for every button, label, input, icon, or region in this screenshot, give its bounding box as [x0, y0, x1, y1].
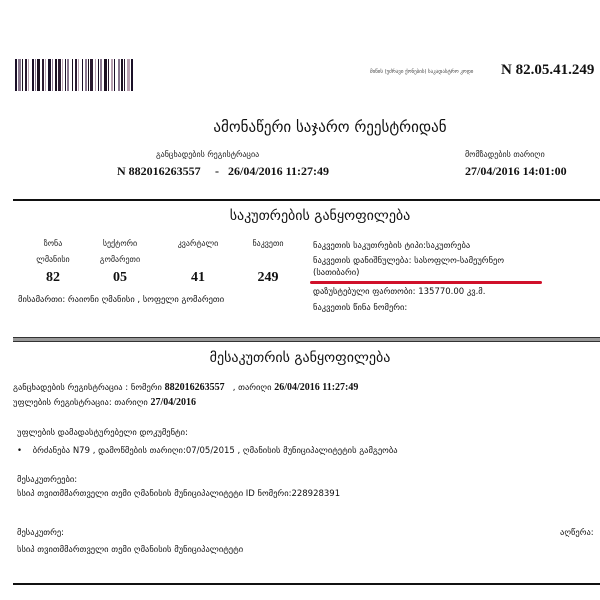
section-divider: [13, 583, 600, 585]
rights-registration-row: უფლების რეგისტრაცია: თარიღი 27/04/2016: [13, 397, 196, 408]
property-section-title: საკუთრების განყოფილება: [0, 208, 600, 224]
document-list-item: • ბრძანება N79 , დამოწმების თარიღი:07/05…: [17, 446, 398, 456]
address-value: რაიონი ღმანისი , სოფელი გომარეთი: [68, 295, 224, 305]
owner-registration-date-label: , თარიღი: [233, 383, 272, 393]
section-divider: [13, 199, 600, 201]
registration-label: განცხადების რეგისტრაცია: [156, 150, 259, 159]
preparation-date-label: მომზადების თარიღი: [465, 150, 545, 159]
area-value: 135770.00 კვ.მ.: [418, 287, 485, 297]
section-divider: [13, 337, 600, 342]
owner-registration-datetime: 26/04/2016 11:27:49: [274, 382, 358, 393]
owner-section-title: მესაკუთრის განყოფილება: [0, 350, 600, 366]
previous-number-row: ნაკვეთის წინა ნომერი:: [313, 303, 407, 313]
registration-number: N 882016263557: [117, 164, 201, 179]
address-row: მისამართი: რაიონი ღმანისი , სოფელი გომარ…: [18, 295, 224, 305]
parcel-label: ნაკვეთი: [243, 239, 293, 248]
registration-datetime: 26/04/2016 11:27:49: [228, 164, 329, 179]
ownership-type-row: ნაკვეთის საკუთრების ტიპი:საკუთრება: [313, 241, 470, 251]
cadastral-code: N 82.05.41.249: [501, 62, 594, 79]
zone-value: 82: [28, 270, 78, 286]
document-text: ბრძანება N79 , დამოწმების თარიღი:07/05/2…: [33, 446, 398, 456]
preparation-datetime: 27/04/2016 14:01:00: [465, 164, 567, 179]
bullet-icon: •: [17, 446, 22, 456]
purpose-row: ნაკვეთის დანიშნულება: სასოფლო-სამეურნეო: [313, 256, 504, 266]
previous-number-label: ნაკვეთის წინა ნომერი:: [313, 303, 407, 313]
owner-registration-number: 882016263557: [165, 382, 225, 393]
owner-value: სსიპ თვითმმართველი თემი ღმანისის მუნიციპ…: [17, 545, 243, 555]
owner-heading: მესაკუთრე:: [17, 528, 64, 538]
barcode-icon: [15, 59, 243, 91]
quarter-label: კვარტალი: [168, 239, 228, 248]
red-highlight-underline: [310, 281, 542, 284]
owners-value: სსიპ თვითმმართველი თემი ღმანისის მუნიციპ…: [17, 489, 340, 499]
ownership-type-value: საკუთრება: [426, 241, 470, 251]
description-label: აღწერა:: [560, 528, 594, 538]
sector-label: სექტორი: [92, 239, 148, 248]
owners-heading: მესაკუთრეები:: [17, 475, 77, 485]
registration-separator: -: [215, 164, 219, 179]
purpose-value-continued: (სათიბარი): [313, 268, 359, 278]
zone-name: ლმანისი: [28, 255, 78, 264]
ownership-type-label: ნაკვეთის საკუთრების ტიპი:: [313, 241, 426, 251]
rights-registration-label: უფლების რეგისტრაცია:: [13, 398, 112, 408]
purpose-value: სასოფლო-სამეურნეო: [414, 256, 504, 266]
area-row: დაზუსტებული ფართობი: 135770.00 კვ.მ.: [313, 287, 485, 297]
rights-registration-date: 27/04/2016: [150, 397, 196, 408]
address-label: მისამართი:: [18, 295, 65, 305]
sector-value: 05: [92, 270, 148, 286]
owner-registration-row: განცხადების რეგისტრაცია : ნომერი 8820162…: [13, 382, 358, 393]
cadastral-code-label: მიწის (უძრავი ქონების) საკადასტრო კოდი: [370, 69, 473, 75]
zone-label: ზონა: [28, 239, 78, 248]
document-title: ამონაწერი საჯარო რეესტრიდან: [0, 118, 600, 136]
parcel-value: 249: [243, 270, 293, 286]
owner-registration-label: განცხადების რეგისტრაცია :: [13, 383, 128, 393]
owner-registration-number-label: ნომერი: [131, 383, 162, 393]
area-label: დაზუსტებული ფართობი:: [313, 287, 416, 297]
sector-name: გომარეთი: [92, 255, 148, 264]
purpose-label: ნაკვეთის დანიშნულება:: [313, 256, 411, 266]
rights-document-heading: უფლების დამადასტურებელი დოკუმენტი:: [17, 428, 188, 438]
quarter-value: 41: [168, 270, 228, 286]
rights-registration-date-label: თარიღი: [114, 398, 147, 408]
